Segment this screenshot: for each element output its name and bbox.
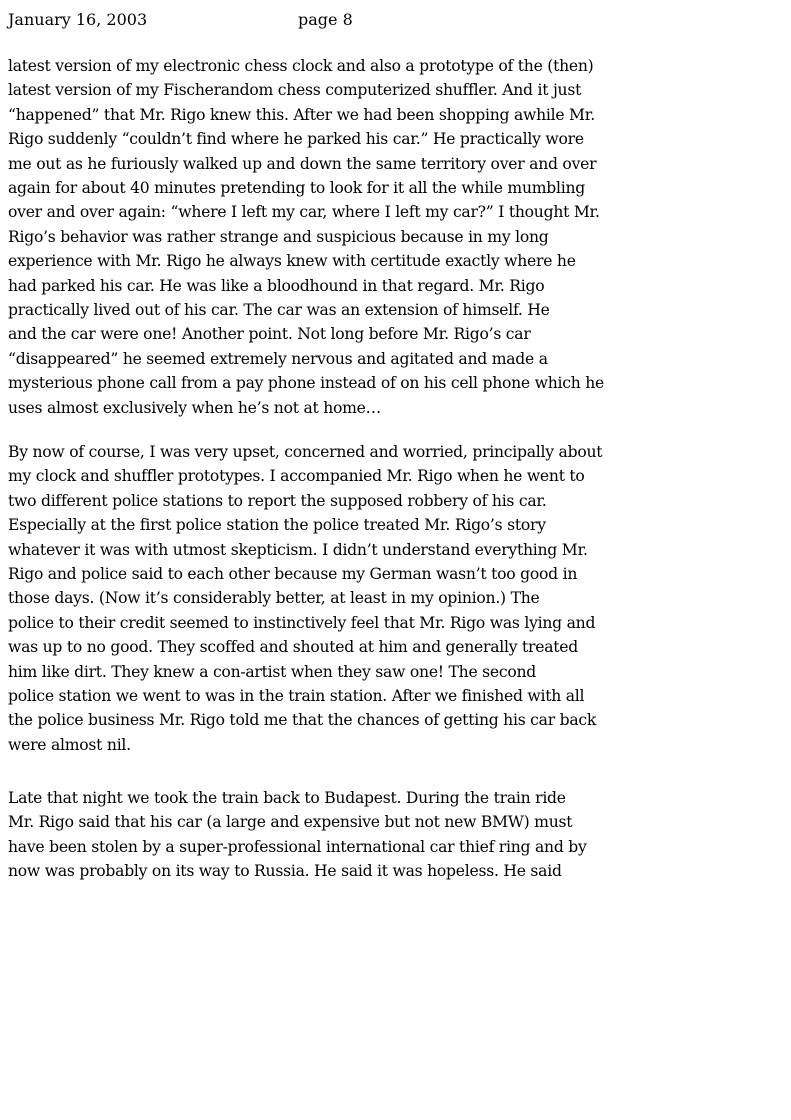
paragraph-3: Late that night we took the train back t… (8, 786, 588, 884)
paragraph-1: latest version of my electronic chess cl… (8, 54, 588, 420)
text-line: latest version of my Fischerandom chess … (8, 78, 588, 102)
text-line: over and over again: “where I left my ca… (8, 200, 588, 224)
text-line: two different police stations to report … (8, 489, 588, 513)
text-line: were almost nil. (8, 733, 588, 757)
text-line: was up to no good. They scoffed and shou… (8, 635, 588, 659)
text-line: “happened” that Mr. Rigo knew this. Afte… (8, 103, 588, 127)
text-line: practically lived out of his car. The ca… (8, 298, 588, 322)
text-line: and the car were one! Another point. Not… (8, 322, 588, 346)
text-line: mysterious phone call from a pay phone i… (8, 371, 588, 395)
text-line: Mr. Rigo said that his car (a large and … (8, 810, 588, 834)
paragraph-2: By now of course, I was very upset, conc… (8, 440, 588, 757)
text-line: police station we went to was in the tra… (8, 684, 588, 708)
text-line: uses almost exclusively when he’s not at… (8, 396, 588, 420)
text-line: him like dirt. They knew a con-artist wh… (8, 660, 588, 684)
page-number: page 8 (298, 10, 353, 29)
text-line: Rigo suddenly “couldn’t find where he pa… (8, 127, 588, 151)
text-line: experience with Mr. Rigo he always knew … (8, 249, 588, 273)
text-line: Rigo’s behavior was rather strange and s… (8, 225, 588, 249)
text-line: those days. (Now it’s considerably bette… (8, 586, 588, 610)
text-line: my clock and shuffler prototypes. I acco… (8, 464, 588, 488)
text-line: “disappeared” he seemed extremely nervou… (8, 347, 588, 371)
text-line: Especially at the first police station t… (8, 513, 588, 537)
text-line: have been stolen by a super-professional… (8, 835, 588, 859)
text-line: Rigo and police said to each other becau… (8, 562, 588, 586)
text-line: latest version of my electronic chess cl… (8, 54, 588, 78)
text-line: police to their credit seemed to instinc… (8, 611, 588, 635)
text-line: now was probably on its way to Russia. H… (8, 859, 588, 883)
text-line: By now of course, I was very upset, conc… (8, 440, 588, 464)
text-line: Late that night we took the train back t… (8, 786, 588, 810)
page-header: January 16, 2003 page 8 (8, 8, 608, 32)
text-line: again for about 40 minutes pretending to… (8, 176, 588, 200)
text-line: had parked his car. He was like a bloodh… (8, 274, 588, 298)
text-line: whatever it was with utmost skepticism. … (8, 538, 588, 562)
text-line: the police business Mr. Rigo told me tha… (8, 708, 588, 732)
header-date: January 16, 2003 (8, 10, 147, 29)
text-line: me out as he furiously walked up and dow… (8, 152, 588, 176)
